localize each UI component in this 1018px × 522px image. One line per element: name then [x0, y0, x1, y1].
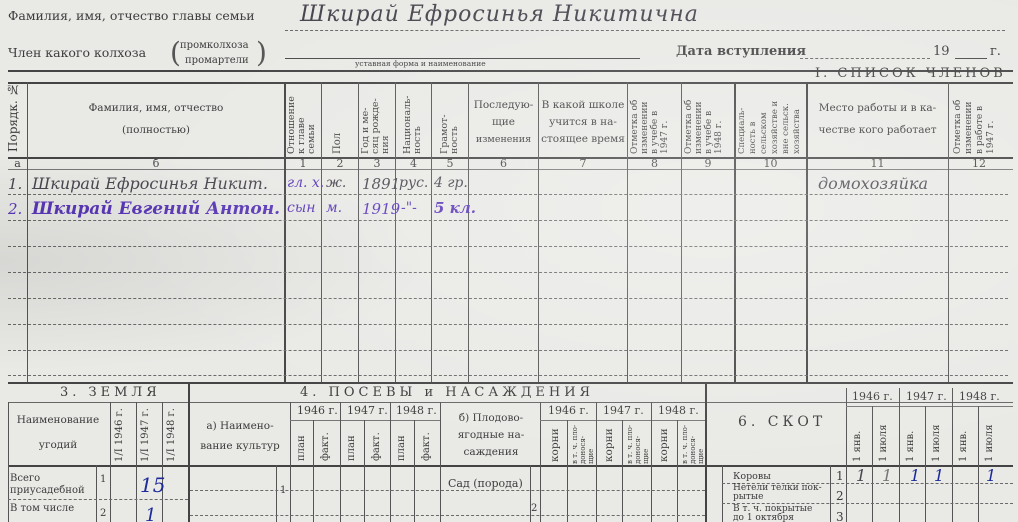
col-header-11-2: честве кого работает: [807, 122, 948, 139]
col-header-b-2: (полностью): [28, 122, 284, 139]
crops-b-row2-num: 2: [531, 503, 537, 514]
crops-fruiting-1947: в т. ч. пло- донося- щие: [626, 424, 650, 464]
section4-title: 4. ПОСЕВЫ и НАСАЖДЕНИЯ: [300, 385, 594, 400]
livestock-row1-label: Коровы: [733, 471, 771, 482]
col-header-a: Порядк. №: [8, 90, 18, 152]
livestock-jul-1946: 1 июля: [879, 410, 889, 462]
land-col-1948: [162, 402, 163, 522]
crops-b-sep-3: [622, 420, 623, 522]
row2-born: 1919: [362, 200, 400, 218]
crops-b-label-2: ягодные на-: [442, 427, 540, 444]
col-sep-3: [395, 82, 396, 382]
livestock-label-left: [722, 465, 723, 522]
section6-title: 6. СКОТ: [738, 414, 826, 430]
col-num-8: 8: [628, 157, 681, 170]
crops-b-label-3: саждения: [442, 444, 540, 461]
crops-a-num-sep: [276, 465, 277, 522]
col-num-5: 5: [432, 157, 468, 170]
crops-border-right: [705, 382, 707, 522]
livestock-row2-label-2: рытые: [733, 493, 763, 502]
join-date-label: Дата вступления: [676, 44, 806, 59]
join-date-underline: [800, 58, 930, 59]
crops-fact-1948: факт.: [422, 425, 432, 461]
row1-literacy: 4 гр.: [434, 175, 468, 191]
livestock-sep-5: [978, 406, 979, 522]
col-num-6: 6: [469, 157, 538, 170]
livestock-year-1948: 1948 г.: [959, 390, 1000, 403]
col-num-2: 2: [322, 157, 358, 170]
land-col-name-2: угодий: [10, 437, 106, 454]
land-row2-label: В том числе: [10, 503, 74, 514]
crops-b-year-1948: 1948 г.: [658, 404, 699, 417]
row-line-4: [8, 272, 1008, 273]
join-date-year-underline: [955, 58, 987, 59]
land-year-1946: 1/I 1946 г.: [115, 406, 125, 462]
col-num-10: 10: [735, 157, 806, 170]
row1-work: домохозяйка: [818, 174, 928, 193]
row2-name: Шкирай Евгений Антон.: [32, 199, 280, 219]
crops-b-sep-4: [651, 402, 652, 522]
crops-sep-6: [440, 402, 441, 522]
section3-title: 3. ЗЕМЛЯ: [60, 385, 161, 400]
col-header-b: Фамилия, имя, отчество: [28, 100, 284, 117]
col-header-4: Националь- ность: [403, 86, 423, 154]
row2-relation: сын: [287, 200, 315, 216]
crops-year-1947: 1947 г.: [347, 404, 388, 417]
row1-born: 1891: [362, 175, 400, 193]
kolkhoz-label: Член какого колхоза: [8, 45, 146, 60]
land-col-name: Наименование: [10, 412, 106, 429]
row1-relation: гл. х.: [287, 175, 324, 191]
col-sep-8: [681, 82, 682, 382]
crops-year-1946: 1946 г.: [297, 404, 338, 417]
livestock-row1-num: 1: [836, 469, 844, 483]
row-line-5: [8, 298, 1008, 299]
land-row-sep: [8, 499, 188, 500]
row1-number: 1.: [8, 175, 22, 193]
col-header-8: Отметка об изменении в учебе в 1947 г.: [630, 86, 670, 154]
crops-b-sep-2: [596, 402, 597, 522]
col-header-6-2: щие: [469, 114, 538, 131]
crops-a-label: а) Наимено-: [190, 418, 290, 435]
land-row1-1947-value: 15: [140, 473, 165, 497]
crops-sep-5: [414, 420, 415, 522]
livestock-jul-1947: 1 июля: [932, 410, 942, 462]
col-sep-4: [431, 82, 432, 382]
livestock-jan-1948: 1 янв.: [959, 410, 969, 462]
col-header-11: Место работы и в ка-: [807, 100, 948, 117]
land-row1-label-2: приусадебной: [10, 485, 85, 496]
crops-b-year-1946: 1946 г.: [548, 404, 589, 417]
kolkhoz-paren-bottom: промартели: [185, 55, 249, 66]
col-header-12: Отметка об изменении в работе в 1947 г.: [953, 86, 997, 154]
crops-year-1948: 1948 г.: [396, 404, 437, 417]
col-header-6-3: изменения: [469, 131, 538, 148]
crops-row-line-2: [190, 515, 705, 516]
row2-literacy: 5 кл.: [434, 199, 476, 217]
livestock-num-sep: [830, 465, 831, 522]
row-line-7: [8, 350, 1008, 351]
crops-b-sep-1: [567, 420, 568, 522]
col-header-9: Отметка об изменении в учебе в 1948 г.: [684, 86, 724, 154]
col-num-11: 11: [807, 157, 948, 170]
crops-b-sep-5: [677, 420, 678, 522]
row-line-3: [8, 246, 1008, 247]
crops-sep-3: [364, 420, 365, 522]
land-border-left: [8, 402, 9, 522]
crops-korni-1946: корни: [550, 428, 560, 462]
family-head-underline: [285, 30, 1005, 31]
livestock-sep-label: [846, 388, 847, 522]
livestock-jan-1947: 1 янв.: [906, 410, 916, 462]
livestock-sep-4: [952, 388, 953, 522]
land-col-1947: [136, 402, 137, 522]
row-line-8: [8, 375, 1008, 376]
col-num-1: 1: [285, 157, 321, 170]
cows-1946-jul: 1: [882, 466, 892, 485]
row-line-6: [8, 324, 1008, 325]
col-header-6: Последую-: [469, 97, 538, 114]
crops-fruiting-1946: в т. ч. пло- донося- щие: [571, 424, 595, 464]
crops-fact-1947: факт.: [372, 425, 382, 461]
livestock-row2-num: 2: [836, 489, 844, 503]
kolkhoz-sublabel: уставная форма и наименование: [355, 59, 486, 68]
crops-fruiting-1948: в т. ч. пло- донося- щие: [681, 424, 705, 464]
section1-top-rule: [8, 82, 1013, 84]
crops-plan-1947: план: [347, 425, 357, 461]
col-num-3: 3: [359, 157, 395, 170]
land-col-1946: [110, 402, 111, 522]
livestock-jan-1946: 1 янв.: [853, 410, 863, 462]
crops-b-year-1947: 1947 г.: [603, 404, 644, 417]
land-row1-num: 1: [100, 474, 106, 485]
row1-name: Шкирай Ефросинья Никит.: [32, 174, 268, 193]
livestock-sep-3: [925, 406, 926, 522]
col-header-5: Грамот- ность: [440, 86, 460, 154]
land-year-1947: 1/I 1947 г.: [141, 406, 151, 462]
livestock-row3-label-2: до 1 октября: [733, 514, 794, 522]
kolkhoz-paren-top: промколхоза: [180, 40, 249, 51]
col-header-7-2: учится в на-: [539, 114, 627, 131]
crops-sep-4: [390, 402, 391, 522]
cows-1947-jul: 1: [934, 466, 944, 485]
cows-1948-jul: 1: [986, 466, 996, 485]
col-header-7-3: стоящее время: [539, 131, 627, 148]
col-num-a: а: [8, 157, 27, 170]
land-num-sep: [96, 465, 97, 522]
household-register-page: Фамилия, имя, отчество главы семьи Шкира…: [0, 0, 1018, 522]
crops-row-line-1: [190, 490, 705, 491]
join-date-year-prefix: 19: [933, 44, 950, 59]
crops-sep-2: [340, 402, 341, 522]
land-row2-num: 2: [100, 508, 106, 519]
row-line-1: [8, 194, 1008, 195]
col-sep-1: [321, 82, 322, 382]
paren-close: ): [256, 36, 267, 69]
col-sep-2: [358, 82, 359, 382]
crops-korni-1948: корни: [659, 428, 669, 462]
livestock-sep-2: [899, 388, 900, 522]
row2-nationality: -"-: [401, 200, 417, 216]
garden-label: Сад (порода): [448, 477, 523, 490]
row1-nationality: рус.: [399, 175, 428, 191]
join-date-suffix: г.: [990, 44, 1001, 59]
crops-korni-1947: корни: [604, 428, 614, 462]
crops-plan-1948: план: [397, 425, 407, 461]
livestock-jul-1948: 1 июля: [985, 410, 995, 462]
col-sep-7: [627, 82, 628, 382]
livestock-year-1947: 1947 г.: [906, 390, 947, 403]
land-row2-1947-value: 1: [145, 505, 156, 522]
section1-bottom-rule: [8, 382, 1013, 384]
col-num-12: 12: [949, 157, 1009, 170]
col-num-7: 7: [539, 157, 627, 170]
col-header-7: В какой школе: [539, 97, 627, 114]
col-header-10: Специаль- ность в сельском хозяйстве и в…: [737, 86, 803, 154]
crops-sep-1: [313, 420, 314, 522]
livestock-row3-num: 3: [836, 510, 844, 522]
land-year-1948: 1/I 1948 г.: [167, 406, 177, 462]
crops-fact-1946: факт.: [321, 425, 331, 461]
livestock-year-1946: 1946 г.: [852, 390, 893, 403]
col-num-9: 9: [682, 157, 734, 170]
crops-b-label: б) Плодово-: [442, 410, 540, 427]
cows-1946-jan: 1: [856, 466, 866, 485]
row-line-2: [8, 220, 1008, 221]
cows-1947-jan: 1: [910, 466, 920, 485]
col-sep-9: [734, 82, 736, 382]
land-row1-label: Всего: [10, 473, 40, 484]
col-sep-11: [948, 82, 949, 382]
col-header-3: Год и ме- сяц рожде- ния: [361, 86, 391, 154]
crops-plan-1946: план: [297, 425, 307, 461]
row1-sex: ж.: [326, 175, 346, 191]
col-num-b: б: [28, 157, 284, 170]
section1-title: I. СПИСОК ЧЛЕНОВ: [815, 66, 1006, 81]
col-num-4: 4: [396, 157, 431, 170]
livestock-sep-1: [872, 406, 873, 522]
crops-a-label-2: вание культур: [190, 438, 290, 455]
family-head-value: Шкирай Ефросинья Никитична: [300, 2, 699, 27]
row2-sex: м.: [326, 200, 342, 216]
col-header-2: Пол: [333, 86, 343, 154]
family-head-label: Фамилия, имя, отчество главы семьи: [8, 8, 255, 23]
row2-number: 2.: [8, 200, 22, 218]
col-header-1: Отношение к главе семьи: [287, 86, 317, 154]
